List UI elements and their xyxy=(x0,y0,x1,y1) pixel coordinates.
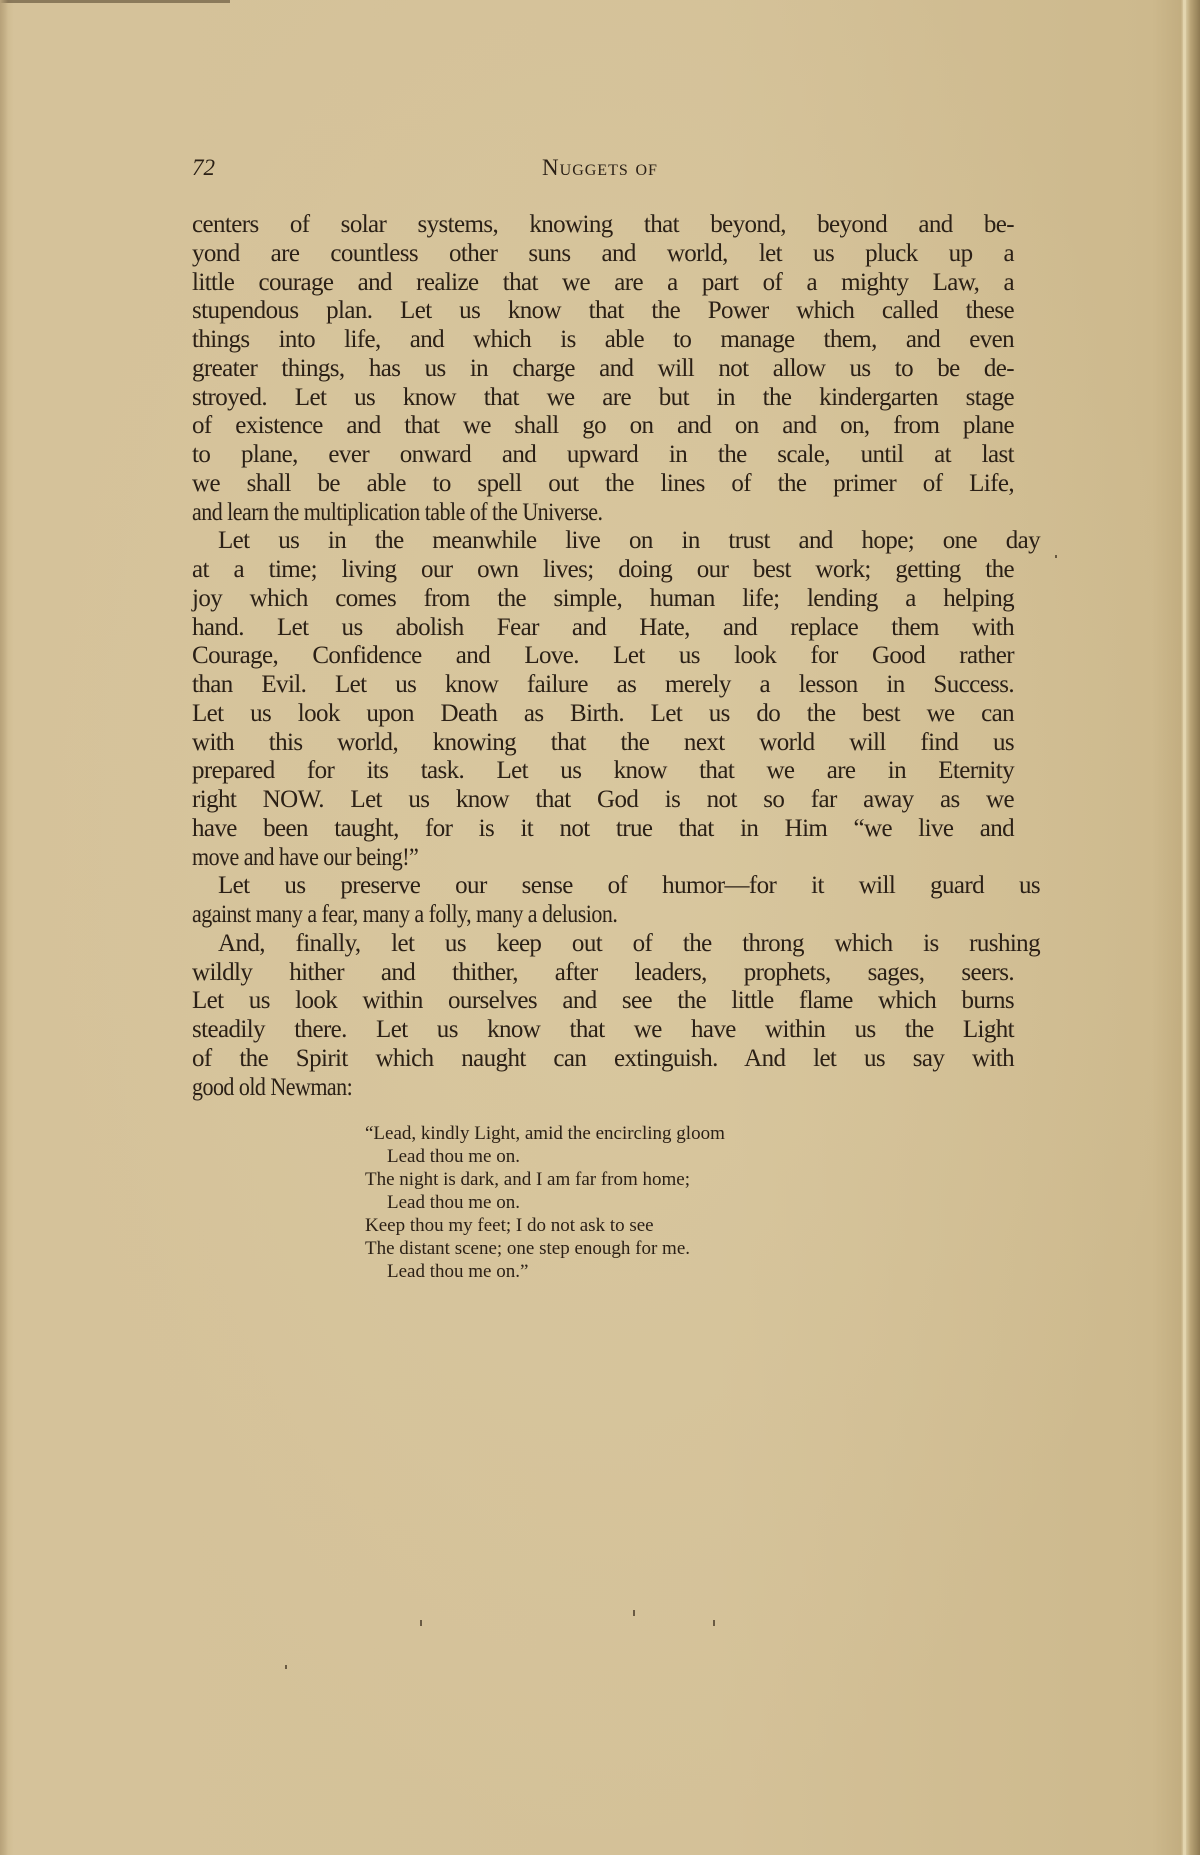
text-line: than Evil. Let us know failure as merely… xyxy=(192,671,1014,700)
page-gutter xyxy=(0,0,8,1855)
paper-speck xyxy=(285,1665,287,1669)
text-line: stupendous plan. Let us know that the Po… xyxy=(192,297,1014,326)
poem-quotation: “Lead, kindly Light, amid the encircling… xyxy=(365,1122,925,1283)
poem-line: Lead thou me on. xyxy=(365,1191,925,1214)
text-line: Courage, Confidence and Love. Let us loo… xyxy=(192,642,1014,671)
text-line: right NOW. Let us know that God is not s… xyxy=(192,786,1014,815)
text-line: have been taught, for is it not true tha… xyxy=(192,815,1014,844)
running-head: Nuggets of xyxy=(400,155,800,181)
text-line: prepared for its task. Let us know that … xyxy=(192,757,1014,786)
text-line: at a time; living our own lives; doing o… xyxy=(192,556,1014,585)
poem-line: Lead thou me on. xyxy=(365,1145,925,1168)
text-line: Let us look upon Death as Birth. Let us … xyxy=(192,700,1014,729)
paper-speck xyxy=(1055,555,1057,558)
text-line: yond are countless other suns and world,… xyxy=(192,240,1014,269)
page-number: 72 xyxy=(192,155,215,181)
top-edge-shadow xyxy=(0,0,230,3)
text-line: joy which comes from the simple, human l… xyxy=(192,585,1014,614)
text-line: stroyed. Let us know that we are but in … xyxy=(192,384,1014,413)
text-line: we shall be able to spell out the lines … xyxy=(192,470,1014,499)
paper-speck xyxy=(633,1610,635,1616)
text-line: against many a fear, many a folly, many … xyxy=(192,901,915,930)
poem-line: The night is dark, and I am far from hom… xyxy=(365,1168,925,1191)
text-line: And, finally, let us keep out of the thr… xyxy=(192,930,1040,959)
body-text: centers of solar systems, knowing that b… xyxy=(192,211,1014,1102)
poem-line: “Lead, kindly Light, amid the encircling… xyxy=(365,1122,925,1145)
text-line: wildly hither and thither, after leaders… xyxy=(192,959,1014,988)
text-line: Let us look within ourselves and see the… xyxy=(192,987,1014,1016)
text-line: things into life, and which is able to m… xyxy=(192,326,1014,355)
text-line: move and have our being!” xyxy=(192,844,915,873)
text-line: good old Newman: xyxy=(192,1074,915,1103)
page-right-edge xyxy=(1183,0,1186,1855)
poem-line: Keep thou my feet; I do not ask to see xyxy=(365,1214,925,1237)
text-line: steadily there. Let us know that we have… xyxy=(192,1016,1014,1045)
text-line: of the Spirit which naught can extinguis… xyxy=(192,1045,1014,1074)
text-line: and learn the multiplication table of th… xyxy=(192,499,915,528)
text-line: with this world, knowing that the next w… xyxy=(192,729,1014,758)
text-line: little courage and realize that we are a… xyxy=(192,269,1014,298)
text-line: Let us preserve our sense of humor—for i… xyxy=(192,872,1040,901)
text-line: of existence and that we shall go on and… xyxy=(192,412,1014,441)
text-line: Let us in the meanwhile live on in trust… xyxy=(192,527,1040,556)
paper-speck xyxy=(420,1620,422,1626)
text-line: to plane, ever onward and upward in the … xyxy=(192,441,1014,470)
poem-line: The distant scene; one step enough for m… xyxy=(365,1237,925,1260)
paper-speck xyxy=(713,1620,715,1626)
text-line: hand. Let us abolish Fear and Hate, and … xyxy=(192,614,1014,643)
book-page: 72 Nuggets of centers of solar systems, … xyxy=(0,0,1200,1855)
poem-line: Lead thou me on.” xyxy=(365,1260,925,1283)
text-line: centers of solar systems, knowing that b… xyxy=(192,211,1014,240)
text-line: greater things, has us in charge and wil… xyxy=(192,355,1014,384)
